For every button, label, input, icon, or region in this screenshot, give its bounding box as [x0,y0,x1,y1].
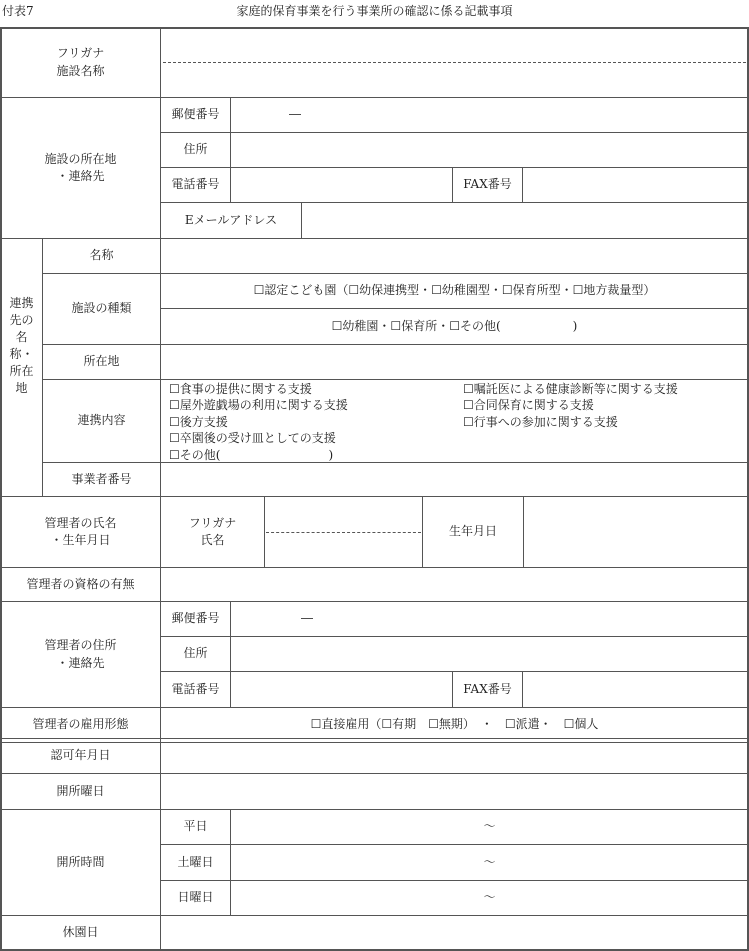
manager-name-label-line2: ・生年月日 [50,532,110,549]
partner-group-label-line: 称・ [9,346,33,363]
partner-content-options: ☐食事の提供に関する支援 ☐屋外遊戯場の利用に関する支援 ☐後方支援 ☐卒園後の… [160,379,749,463]
manager-postal-label: 郵便番号 [160,601,231,637]
manager-name-label: 管理者の氏名 ・生年月日 [0,496,161,568]
manager-fax-label: FAX番号 [452,671,523,708]
phone-label: 電話番号 [160,167,231,203]
manager-address-label-line1: 管理者の住所 [44,637,116,654]
opening-hours-label: 開所時間 [0,809,161,916]
option-event-support[interactable]: ☐行事への参加に関する支援 [463,414,678,430]
saturday-label: 土曜日 [160,844,231,881]
closed-days-label: 休園日 [0,915,161,951]
option-health-check-support[interactable]: ☐嘱託医による健康診断等に関する支援 [463,381,678,397]
approval-date-label: 認可年月日 [0,738,161,774]
manager-phone-field[interactable] [230,671,453,708]
partner-group-label-line: 名 [15,329,27,346]
furigana-label: フリガナ [189,515,236,532]
qualification-label: 管理者の資格の有無 [0,567,161,602]
manager-address-field[interactable] [230,636,749,672]
saturday-hours-field[interactable]: ～ [230,844,749,881]
partner-group-label-line: 連携 [9,295,33,312]
option-joint-care-support[interactable]: ☐合同保育に関する支援 [463,397,678,413]
birthdate-label: 生年月日 [422,496,524,568]
option-other[interactable]: ☐その他( ) [169,447,463,463]
facility-location-label: 施設の所在地 ・連絡先 [0,97,161,239]
partner-name-field[interactable] [160,238,749,274]
email-label: Eメールアドレス [160,202,302,239]
email-field[interactable] [301,202,749,239]
manager-postal-field[interactable]: ― [230,601,749,637]
partner-name-label: 名称 [42,238,161,274]
option-backup-support[interactable]: ☐後方支援 [169,414,463,430]
facility-location-label-line1: 施設の所在地 [44,151,116,168]
postal-separator: ― [289,106,301,123]
qualification-field[interactable] [160,567,749,602]
option-post-graduation-support[interactable]: ☐卒園後の受け皿としての支援 [169,430,463,446]
range-separator: ～ [483,854,495,871]
manager-fax-field[interactable] [522,671,749,708]
manager-name-label-line1: 管理者の氏名 [44,515,116,532]
partner-group-label: 連携 先の 名 称・ 所在 地 [0,238,43,497]
partner-content-label: 連携内容 [42,379,161,463]
manager-address-field-label: 住所 [160,636,231,672]
facility-name-text: 施設名称 [56,63,104,80]
operator-number-label: 事業者番号 [42,462,161,497]
partner-location-label: 所在地 [42,344,161,380]
phone-field[interactable] [230,167,453,203]
birthdate-field[interactable] [523,496,749,568]
facility-type-options-1[interactable]: ☐認定こども園（☐幼保連携型・☐幼稚園型・☐保育所型・☐地方裁量型） [160,273,749,309]
partner-location-field[interactable] [160,344,749,380]
fax-label: FAX番号 [452,167,523,203]
postal-separator: ― [301,610,313,627]
content-options-right: ☐嘱託医による健康診断等に関する支援 ☐合同保育に関する支援 ☐行事への参加に関… [463,381,678,463]
facility-location-label-line2: ・連絡先 [56,168,104,185]
furigana-divider [266,532,421,533]
facility-type-options-2[interactable]: ☐幼稚園・☐保育所・☐その他( ) [160,308,749,345]
open-days-label: 開所曜日 [0,773,161,810]
manager-phone-label: 電話番号 [160,671,231,708]
range-separator: ～ [483,889,495,906]
content-options-left: ☐食事の提供に関する支援 ☐屋外遊戯場の利用に関する支援 ☐後方支援 ☐卒園後の… [169,381,463,463]
partner-group-label-line: 地 [15,380,27,397]
partner-group-label-line: 先の [9,312,33,329]
address-field[interactable] [230,132,749,168]
postal-code-field[interactable]: ― [230,97,749,133]
open-days-field[interactable] [160,773,749,810]
range-separator: ～ [483,818,495,835]
facility-type-label: 施設の種類 [42,273,161,345]
manager-address-label-line2: ・連絡先 [56,655,104,672]
partner-group-label-line: 所在 [9,363,33,380]
sunday-label: 日曜日 [160,880,231,916]
option-playground-support[interactable]: ☐屋外遊戯場の利用に関する支援 [169,397,463,413]
fax-field[interactable] [522,167,749,203]
manager-furigana-name-label: フリガナ 氏名 [160,496,265,568]
furigana-label: フリガナ [57,45,104,62]
approval-date-field[interactable] [160,738,749,774]
operator-number-field[interactable] [160,462,749,497]
postal-code-label: 郵便番号 [160,97,231,133]
weekday-hours-field[interactable]: ～ [230,809,749,845]
address-label: 住所 [160,132,231,168]
sunday-hours-field[interactable]: ～ [230,880,749,916]
facility-name-label: フリガナ 施設名称 [0,27,161,98]
option-meal-support[interactable]: ☐食事の提供に関する支援 [169,381,463,397]
closed-days-field[interactable] [160,915,749,951]
manager-address-label: 管理者の住所 ・連絡先 [0,601,161,708]
furigana-divider [163,62,746,63]
form-title: 家庭的保育事業を行う事業所の確認に係る記載事項 [0,2,749,19]
name-label: 氏名 [200,532,224,549]
weekday-label: 平日 [160,809,231,845]
